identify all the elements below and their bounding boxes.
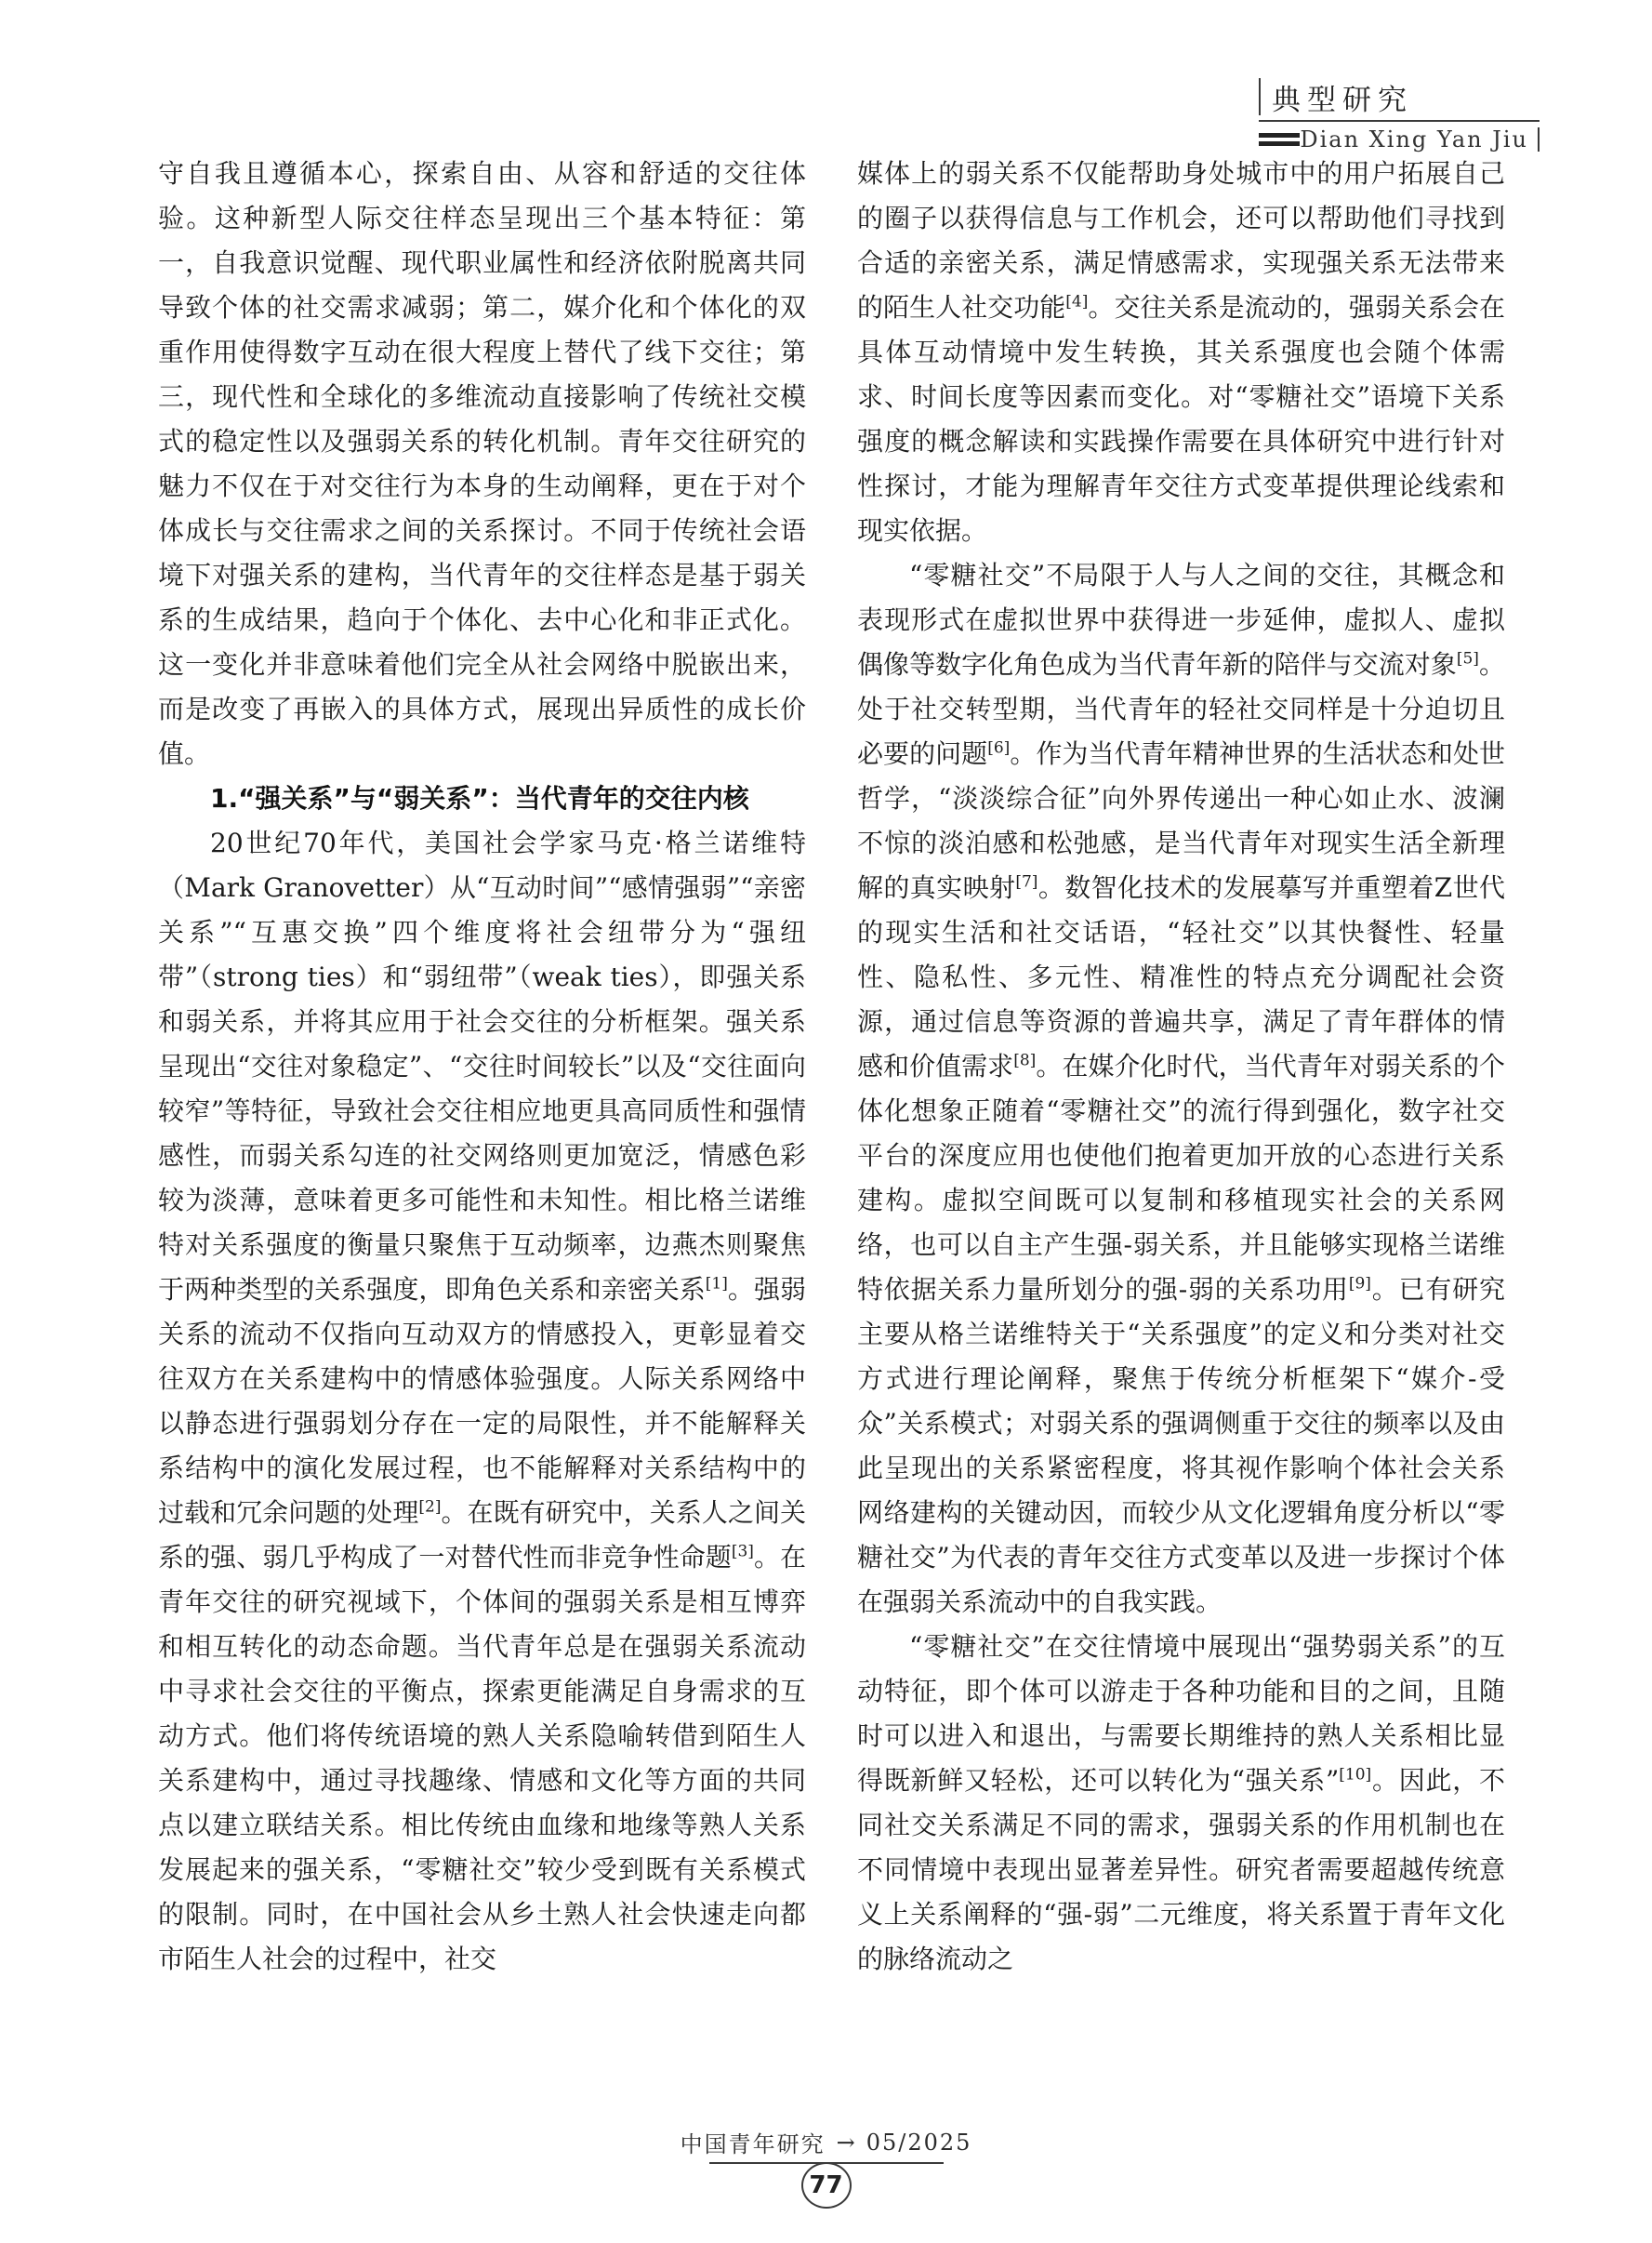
page-header: 典型研究 Dian Xing Yan Jiu <box>1259 78 1540 152</box>
section-heading: 1.“强关系”与“弱关系”：当代青年的交往内核 <box>158 776 806 821</box>
page-number: 77 <box>809 2171 842 2199</box>
footer-arrow-icon: → <box>837 2130 855 2156</box>
paragraph: “零糖社交”不局限于人与人之间的交往，其概念和表现形式在虚拟世界中获得进一步延伸… <box>857 553 1505 1625</box>
reference-marker: [6] <box>987 739 1010 758</box>
left-column: 守自我且遵循本心，探索自由、从容和舒适的交往体验。这种新型人际交往样态呈现出三个… <box>158 152 806 1982</box>
header-double-bars-icon <box>1259 133 1300 146</box>
reference-marker: [9] <box>1349 1275 1371 1294</box>
reference-marker: [2] <box>418 1498 441 1517</box>
reference-marker: [5] <box>1457 650 1479 669</box>
paragraph: 守自我且遵循本心，探索自由、从容和舒适的交往体验。这种新型人际交往样态呈现出三个… <box>158 152 806 776</box>
header-sub-row: Dian Xing Yan Jiu <box>1259 127 1540 152</box>
reference-marker: [1] <box>706 1275 728 1294</box>
footer-journal-name: 中国青年研究 <box>681 2126 826 2158</box>
reference-marker: [3] <box>732 1543 754 1561</box>
footer-issue: 05/2025 <box>866 2130 972 2156</box>
reference-marker: [10] <box>1339 1766 1371 1785</box>
footer-text-row: 中国青年研究 → 05/2025 <box>681 2126 972 2158</box>
paragraph: “零糖社交”在交往情境中展现出“强势弱关系”的互动特征，即个体可以游走于各种功能… <box>857 1625 1505 1982</box>
page-number-badge: 77 <box>801 2162 852 2209</box>
paragraph: 媒体上的弱关系不仅能帮助身处城市中的用户拓展自己的圈子以获得信息与工作机会，还可… <box>857 152 1505 553</box>
section-subtitle-pinyin: Dian Xing Yan Jiu <box>1300 126 1528 153</box>
header-title-row: 典型研究 <box>1259 78 1540 115</box>
article-body: 守自我且遵循本心，探索自由、从容和舒适的交往体验。这种新型人际交往样态呈现出三个… <box>158 152 1505 1982</box>
section-title: 典型研究 <box>1272 76 1413 118</box>
paragraph: 20世纪70年代，美国社会学家马克·格兰诺维特（Mark Granovetter… <box>158 821 806 1982</box>
reference-marker: [4] <box>1065 293 1088 312</box>
right-column: 媒体上的弱关系不仅能帮助身处城市中的用户拓展自己的圈子以获得信息与工作机会，还可… <box>857 152 1505 1982</box>
header-underline-rule <box>1259 120 1540 122</box>
page-footer: 中国青年研究 → 05/2025 77 <box>0 2126 1652 2209</box>
reference-marker: [8] <box>1013 1052 1036 1070</box>
reference-marker: [7] <box>1015 873 1037 892</box>
